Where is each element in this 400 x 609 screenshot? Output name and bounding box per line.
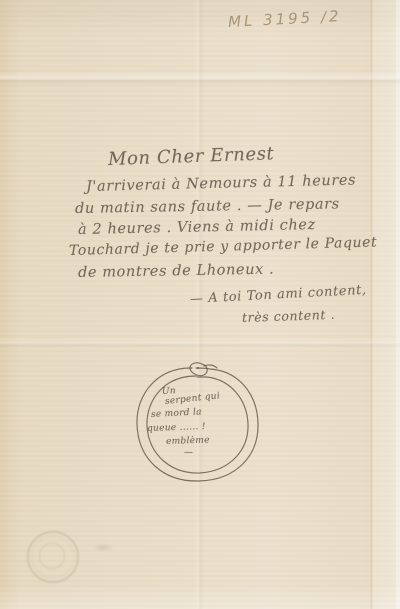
sketch-caption-line: —: [184, 448, 193, 458]
ouroboros-serpent-sketch: [0, 0, 400, 609]
sketch-caption-line: queue ...... !: [147, 422, 206, 434]
sketch-caption-line: emblème: [166, 435, 210, 447]
embossed-stamp-inner-ring: [39, 543, 65, 569]
handwritten-letter-scan: ML 3195 /2 Mon Cher Ernest J'arriverai à…: [0, 0, 400, 609]
pencil-smudge: [92, 543, 114, 552]
embossed-stamp: [27, 531, 79, 583]
